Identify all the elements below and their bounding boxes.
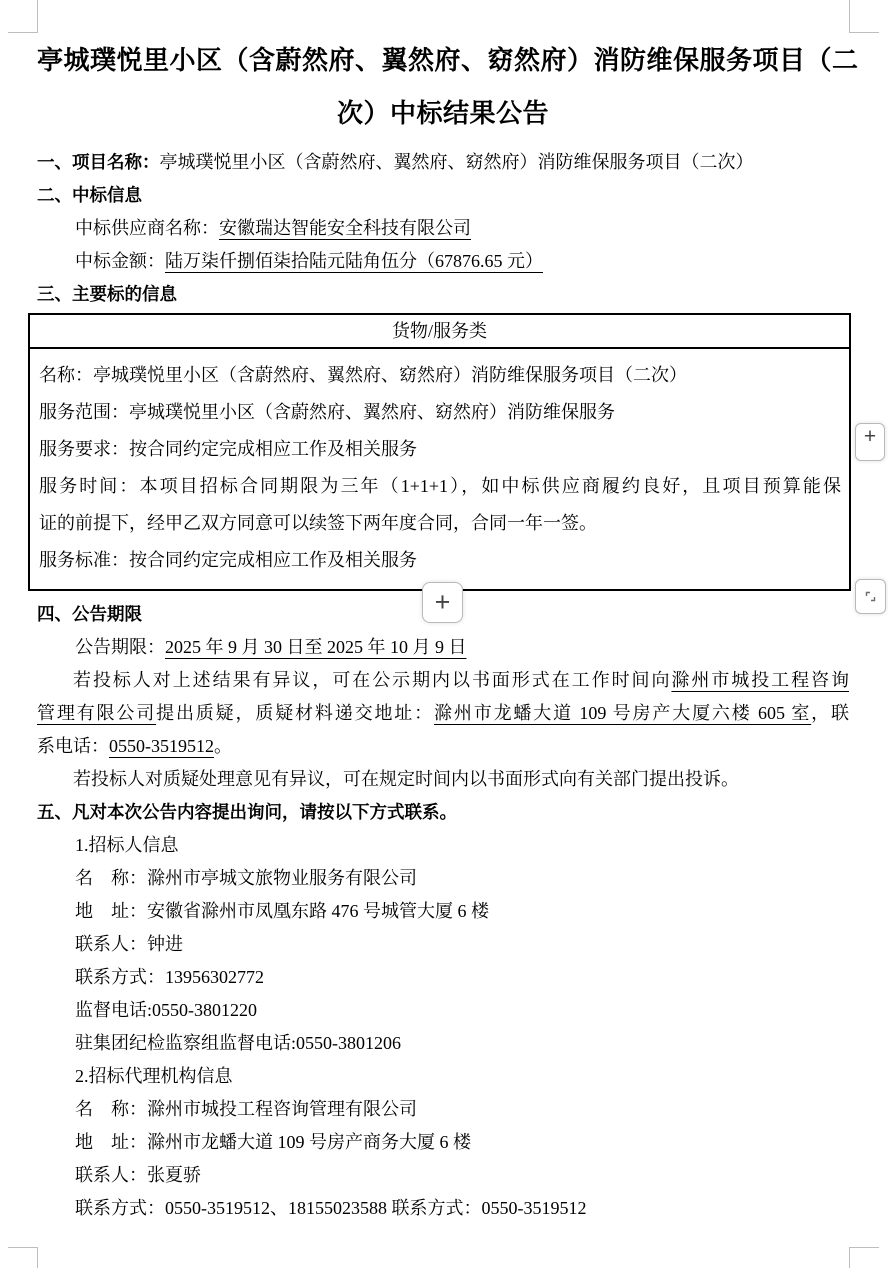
bidder-supervision-phone-line: 监督电话:0550-3801220 [37, 994, 849, 1027]
doc-title: 亭城璞悦里小区（含蔚然府、翼然府、窈然府）消防维保服务项目（二 次）中标结果公告 [37, 0, 849, 140]
complaint-paragraph: 若投标人对质疑处理意见有异议，可在规定时间内以书面形式向有关部门提出投诉。 [37, 763, 849, 796]
table-row: 证的前提下，经甲乙双方同意可以续签下两年度合同，合同一年一签。 [39, 505, 841, 542]
bidder-contact-phone-line: 联系方式：13956302772 [37, 961, 849, 994]
table-row: 服务要求：按合同约定完成相应工作及相关服务 [39, 431, 841, 468]
doc-title-line-2: 次）中标结果公告 [37, 87, 849, 140]
agency-name-line: 名 称：滁州市城投工程咨询管理有限公司 [37, 1093, 849, 1126]
section-1-project-name: 一、项目名称：亭城璞悦里小区（含蔚然府、翼然府、窈然府）消防维保服务项目（二次） [37, 146, 849, 179]
period-value: 2025 年 9 月 30 日至 2025 年 10 月 9 日 [165, 637, 467, 657]
section-1-heading: 一、项目名称： [37, 152, 160, 172]
award-amount-line: 中标金额：陆万柒仟捌佰柒拾陆元陆角伍分（67876.65 元） [37, 245, 849, 278]
objection-paragraph-line: 管理有限公司提出质疑，质疑材料递交地址：滁州市龙蟠大道 109 号房产大厦六楼 … [37, 697, 849, 730]
announcement-period-line: 公告期限：2025 年 9 月 30 日至 2025 年 10 月 9 日 [37, 631, 849, 664]
page-corner-mark-bottom-right [849, 1247, 879, 1268]
table-row: 服务标准：按合同约定完成相应工作及相关服务 [39, 542, 841, 579]
period-label: 公告期限： [75, 637, 165, 657]
table-row: 服务范围：亭城璞悦里小区（含蔚然府、翼然府、窈然府）消防维保服务 [39, 394, 841, 431]
bidder-discipline-phone-line: 驻集团纪检监察组监督电话:0550-3801206 [37, 1027, 849, 1060]
page-corner-mark-top-left [8, 0, 38, 33]
project-name-text: 亭城璞悦里小区（含蔚然府、翼然府、窈然府）消防维保服务项目（二次） [160, 152, 754, 172]
fullscreen-button[interactable] [855, 579, 886, 614]
bidder-info-title: 1.招标人信息 [37, 829, 849, 862]
page-corner-mark-bottom-left [8, 1247, 38, 1268]
table-row: 服务时间：本项目招标合同期限为三年（1+1+1），如中标供应商履约良好，且项目预… [39, 468, 841, 505]
agency-contact-phone-line: 联系方式：0550-3519512、18155023588 联系方式：0550-… [37, 1192, 849, 1225]
award-subject-table: 货物/服务类 名称：亭城璞悦里小区（含蔚然府、翼然府、窈然府）消防维保服务项目（… [28, 313, 851, 591]
agency-contact-person-line: 联系人：张夏骄 [37, 1159, 849, 1192]
bidder-address-line: 地 址：安徽省滁州市凤凰东路 476 号城管大厦 6 楼 [37, 895, 849, 928]
section-2-heading: 二、中标信息 [37, 179, 849, 212]
table-header-goods-services: 货物/服务类 [30, 315, 849, 349]
add-side-button[interactable]: + [855, 423, 885, 461]
doc-title-line-1: 亭城璞悦里小区（含蔚然府、翼然府、窈然府）消防维保服务项目（二 [37, 34, 849, 87]
agency-info-title: 2.招标代理机构信息 [37, 1060, 849, 1093]
table-body-cell: 名称：亭城璞悦里小区（含蔚然府、翼然府、窈然府）消防维保服务项目（二次） 服务范… [30, 349, 849, 589]
objection-paragraph-line: 系电话：0550-3519512。 [37, 730, 849, 763]
bidder-contact-person-line: 联系人：钟进 [37, 928, 849, 961]
supplier-value: 安徽瑞达智能安全科技有限公司 [219, 218, 471, 238]
amount-label: 中标金额： [75, 251, 165, 271]
table-row: 名称：亭城璞悦里小区（含蔚然府、翼然府、窈然府）消防维保服务项目（二次） [39, 357, 841, 394]
section-3-heading: 三、主要标的信息 [37, 278, 849, 311]
agency-address-line: 地 址：滁州市龙蟠大道 109 号房产商务大厦 6 楼 [37, 1126, 849, 1159]
page-corner-mark-top-right [849, 0, 879, 33]
objection-paragraph-line: 若投标人对上述结果有异议，可在公示期内以书面形式在工作时间向滁州市城投工程咨询 [37, 664, 849, 697]
bidder-name-line: 名 称：滁州市亭城文旅物业服务有限公司 [37, 862, 849, 895]
section-5-heading: 五、凡对本次公告内容提出询问，请按以下方式联系。 [37, 796, 849, 829]
amount-value: 陆万柒仟捌佰柒拾陆元陆角伍分（67876.65 元） [165, 251, 557, 271]
award-supplier-line: 中标供应商名称：安徽瑞达智能安全科技有限公司 [37, 212, 849, 245]
fullscreen-icon [862, 588, 879, 605]
add-block-button[interactable]: + [422, 582, 463, 623]
supplier-label: 中标供应商名称： [75, 218, 219, 238]
